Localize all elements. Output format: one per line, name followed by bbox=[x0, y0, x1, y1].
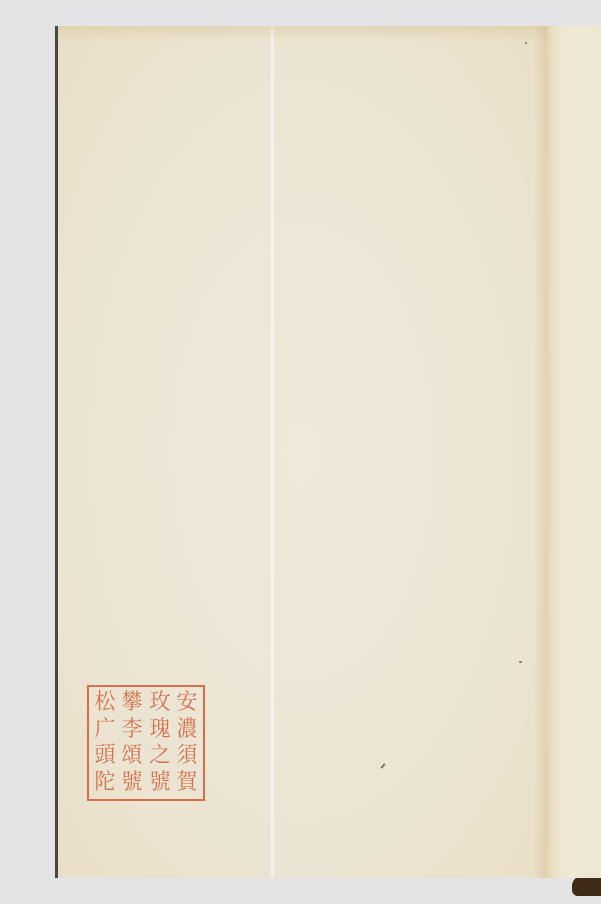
seal-char: 李 bbox=[122, 717, 143, 743]
seal-char: 號 bbox=[122, 770, 143, 796]
seal-char: 安 bbox=[177, 690, 198, 716]
seal-char: 號 bbox=[149, 770, 170, 796]
seal-char: 頭 bbox=[94, 743, 115, 769]
seal-char: 攀 bbox=[122, 690, 143, 716]
seal-char: 陀 bbox=[94, 770, 115, 796]
paper-speck bbox=[519, 661, 522, 663]
seal-char: 濃 bbox=[177, 717, 198, 743]
scan-background: 安 濃 須 賀 玫 瑰 之 號 攀 李 頌 號 松 广 頭 陀 bbox=[0, 0, 601, 904]
page-fold-line bbox=[271, 30, 273, 876]
seal-char: 玫 bbox=[149, 690, 170, 716]
red-seal-stamp: 安 濃 須 賀 玫 瑰 之 號 攀 李 頌 號 松 广 頭 陀 bbox=[87, 685, 205, 801]
seal-column-2: 玫 瑰 之 號 bbox=[146, 690, 174, 796]
seal-char: 頌 bbox=[122, 743, 143, 769]
seal-char: 瑰 bbox=[149, 717, 170, 743]
seal-column-3: 攀 李 頌 號 bbox=[119, 690, 147, 796]
seal-char: 之 bbox=[149, 743, 170, 769]
seal-column-4: 松 广 頭 陀 bbox=[91, 690, 119, 796]
seal-char: 广 bbox=[94, 717, 115, 743]
seal-char: 松 bbox=[94, 690, 115, 716]
book-cover-corner bbox=[572, 876, 601, 896]
seal-char: 賀 bbox=[177, 770, 198, 796]
seal-column-1: 安 濃 須 賀 bbox=[174, 690, 202, 796]
paper-speck bbox=[525, 42, 527, 44]
seal-char: 須 bbox=[177, 743, 198, 769]
right-page-edge bbox=[546, 26, 601, 878]
